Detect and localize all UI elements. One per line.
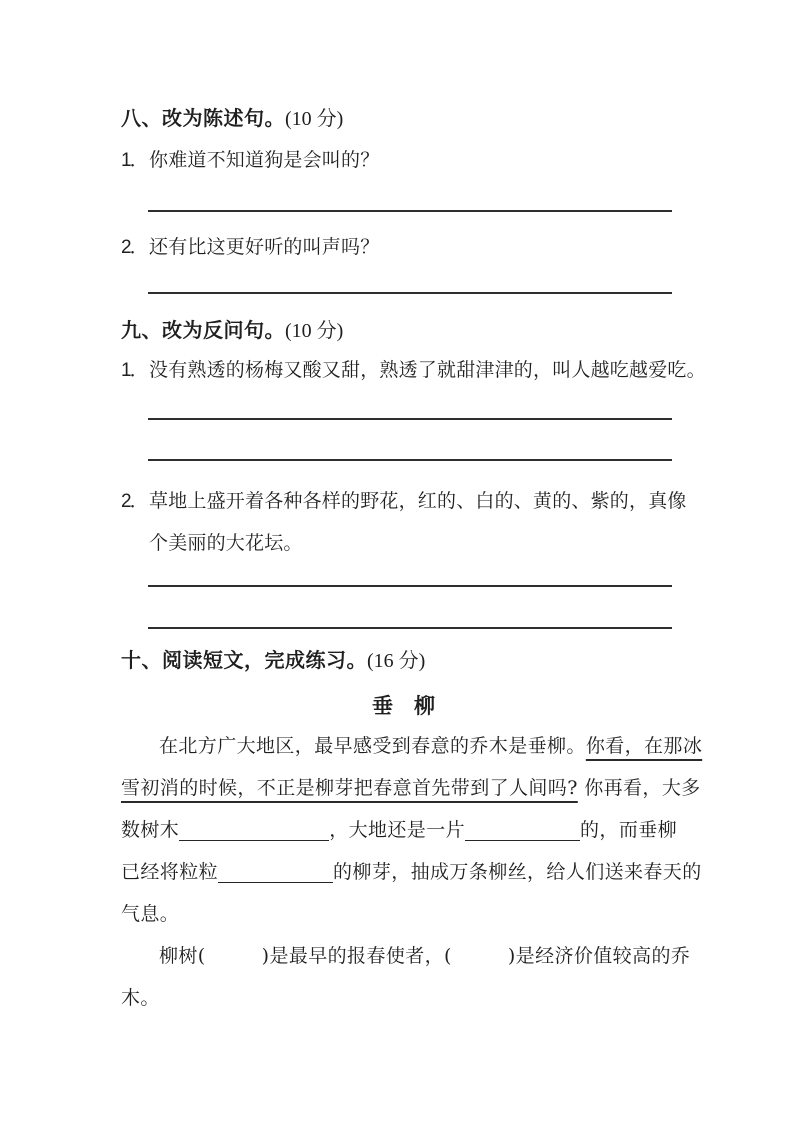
passage-text: 在北方广大地区，最早感受到春意的乔木是垂柳。 bbox=[159, 735, 586, 757]
passage-text: 气息。 bbox=[121, 903, 179, 925]
section-8-heading: 八、改为陈述句。(10 分) bbox=[121, 104, 701, 134]
section-8-title: 八、改为陈述句。 bbox=[121, 108, 285, 130]
section-10-title: 十、阅读短文，完成练习。 bbox=[121, 650, 367, 672]
fill-in-blank bbox=[218, 862, 333, 883]
question-text: 还有比这更好听的叫声吗？ bbox=[149, 234, 379, 262]
fill-in-blank bbox=[179, 820, 329, 841]
question-8-2: 2． 还有比这更好听的叫声吗？ bbox=[121, 234, 701, 262]
question-text-wrap: 还有比这更好听的叫声吗？ bbox=[149, 234, 379, 262]
question-text: 没有熟透的杨梅又酸又甜，熟透了就甜津津的，叫人越吃越爱吃。 bbox=[149, 357, 706, 385]
question-text-line-2: 个美丽的大花坛。 bbox=[149, 523, 687, 565]
question-8-1: 1． 你难道不知道狗是会叫的？ bbox=[121, 147, 701, 175]
passage-line-4: 已经将粒粒的柳芽，抽成万条柳丝，给人们送来春天的 bbox=[121, 851, 721, 893]
answer-line bbox=[148, 459, 672, 461]
passage-line-5: 气息。 bbox=[121, 893, 721, 935]
question-9-2: 2． 草地上盛开着各种各样的野花，红的、白的、黄的、紫的，真像 个美丽的大花坛。 bbox=[121, 481, 701, 565]
passage-text: )是最早的报春使者，( bbox=[262, 945, 452, 967]
passage-title: 垂 柳 bbox=[121, 692, 686, 722]
question-number: 2． bbox=[121, 234, 149, 262]
answer-line bbox=[148, 627, 672, 629]
section-10-score: (16 分) bbox=[367, 650, 425, 672]
question-number: 2． bbox=[121, 481, 149, 523]
section-10-heading: 十、阅读短文，完成练习。(16 分) bbox=[121, 646, 701, 676]
answer-line bbox=[148, 585, 672, 587]
passage-text: 的柳芽，抽成万条柳丝，给人们送来春天的 bbox=[333, 861, 702, 883]
answer-line bbox=[148, 210, 672, 212]
passage-text: 数树木 bbox=[121, 819, 179, 841]
section-9-title: 九、改为反问句。 bbox=[121, 320, 285, 342]
passage-text: )是经济价值较高的乔 bbox=[508, 945, 690, 967]
question-text: 你难道不知道狗是会叫的？ bbox=[149, 147, 379, 175]
passage-text: 的，而垂柳 bbox=[580, 819, 677, 841]
question-number: 1． bbox=[121, 357, 149, 385]
question-text-wrap: 你难道不知道狗是会叫的？ bbox=[149, 147, 379, 175]
question-text-wrap: 没有熟透的杨梅又酸又甜，熟透了就甜津津的，叫人越吃越爱吃。 bbox=[149, 357, 706, 385]
worksheet-page: 八、改为陈述句。(10 分) 1． 你难道不知道狗是会叫的？ 2． 还有比这更好… bbox=[0, 0, 793, 1122]
fill-in-blank bbox=[465, 820, 580, 841]
underlined-sentence: 你看，在那冰 bbox=[586, 735, 702, 757]
question-text-line-1: 草地上盛开着各种各样的野花，红的、白的、黄的、紫的，真像 bbox=[149, 481, 687, 523]
passage-text: 你再看，大多 bbox=[578, 777, 701, 799]
passage-text: 柳树( bbox=[159, 945, 206, 967]
passage-text: ，大地还是一片 bbox=[329, 819, 465, 841]
passage-text: 已经将粒粒 bbox=[121, 861, 218, 883]
passage-line-6: 柳树()是最早的报春使者，()是经济价值较高的乔 bbox=[121, 935, 721, 977]
passage-line-7: 木。 bbox=[121, 977, 721, 1019]
passage-line-2: 雪初消的时候，不正是柳芽把春意首先带到了人间吗? 你再看，大多 bbox=[121, 767, 721, 809]
reading-passage: 在北方广大地区，最早感受到春意的乔木是垂柳。你看，在那冰 雪初消的时候，不正是柳… bbox=[121, 725, 721, 1019]
section-8-score: (10 分) bbox=[285, 108, 343, 130]
passage-line-1: 在北方广大地区，最早感受到春意的乔木是垂柳。你看，在那冰 bbox=[121, 725, 721, 767]
question-9-1: 1． 没有熟透的杨梅又酸又甜，熟透了就甜津津的，叫人越吃越爱吃。 bbox=[121, 357, 701, 385]
section-9-score: (10 分) bbox=[285, 320, 343, 342]
question-text-wrap: 草地上盛开着各种各样的野花，红的、白的、黄的、紫的，真像 个美丽的大花坛。 bbox=[149, 481, 687, 565]
passage-text: 木。 bbox=[121, 987, 160, 1009]
answer-line bbox=[148, 292, 672, 294]
underlined-sentence: 雪初消的时候，不正是柳芽把春意首先带到了人间吗? bbox=[121, 777, 578, 799]
question-number: 1． bbox=[121, 147, 149, 175]
answer-line bbox=[148, 418, 672, 420]
section-9-heading: 九、改为反问句。(10 分) bbox=[121, 316, 701, 346]
passage-line-3: 数树木，大地还是一片的，而垂柳 bbox=[121, 809, 721, 851]
worksheet-content: 八、改为陈述句。(10 分) 1． 你难道不知道狗是会叫的？ 2． 还有比这更好… bbox=[121, 104, 701, 1019]
